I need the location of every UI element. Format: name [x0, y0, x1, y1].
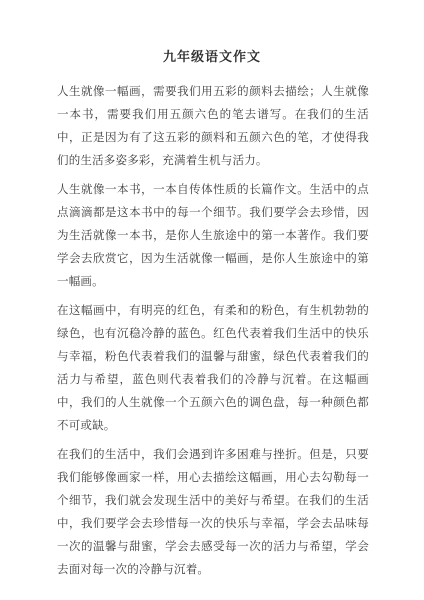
document-page: 九年级语文作文 人生就像一幅画，需要我们用五彩的颜料去描绘；人生就像一本书，需要… — [0, 0, 424, 600]
essay-paragraph: 在这幅画中，有明亮的红色，有柔和的粉色，有生机勃勃的绿色，也有沉稳冷静的蓝色。红… — [57, 300, 369, 438]
essay-body: 人生就像一幅画，需要我们用五彩的颜料去描绘；人生就像一本书，需要我们用五颜六色的… — [57, 81, 369, 582]
essay-paragraph: 人生就像一本书，一本自传体性质的长篇作文。生活中的点点滴滴都是这本书中的每一个细… — [57, 179, 369, 294]
essay-title: 九年级语文作文 — [0, 49, 424, 65]
essay-paragraph: 在我们的生活中，我们会遇到许多困难与挫折。但是，只要我们能够像画家一样，用心去描… — [57, 444, 369, 582]
essay-paragraph: 人生就像一幅画，需要我们用五彩的颜料去描绘；人生就像一本书，需要我们用五颜六色的… — [57, 81, 369, 173]
